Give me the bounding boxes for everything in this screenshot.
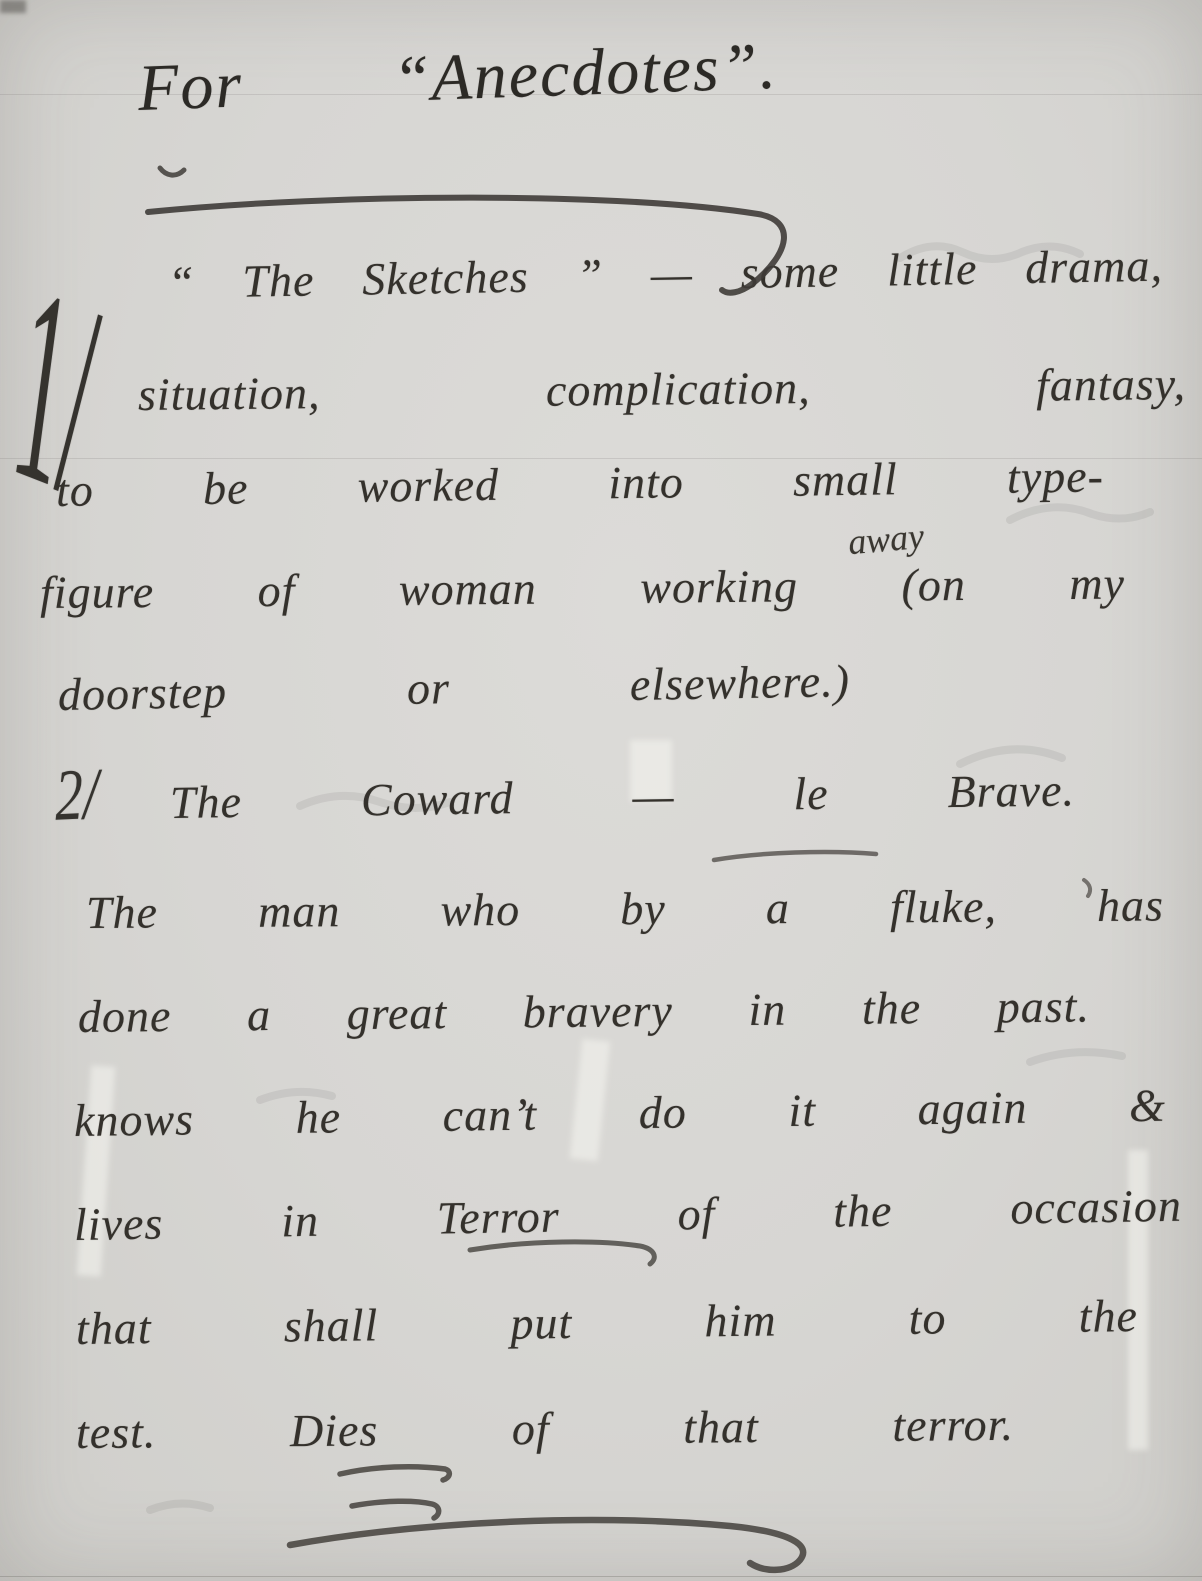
handwriting-line: doorstep or elsewhere.): [57, 650, 850, 726]
handwriting-line: lives in Terror of the occasion: [73, 1175, 1182, 1256]
handwriting-line: knows he can’t do it again &: [74, 1075, 1167, 1152]
le-brave-underline-stroke: [714, 852, 876, 860]
title-flourish-tick: [160, 168, 184, 175]
handwriting-line: The man who by a fluke, has: [86, 874, 1164, 944]
handwriting-line: that shall put him to the: [76, 1285, 1139, 1360]
handwriting-line: The Coward — le Brave.: [170, 759, 1076, 834]
ink-smudge: [0, 0, 26, 13]
item-2-marker: 2/: [54, 758, 99, 833]
page-title: For “Anecdotes”.: [136, 22, 779, 133]
dies-underline-stroke-2: [352, 1501, 439, 1518]
dies-underline-stroke-1: [340, 1467, 449, 1480]
handwriting-line: test. Dies of that terror.: [76, 1394, 1015, 1464]
handwriting-line: situation, complication, fantasy,: [138, 353, 1187, 426]
page-edge-line: [0, 1576, 1202, 1577]
handwriting-line: done a great bravery in the past.: [78, 975, 1091, 1048]
handwriting-line: to be worked into small type-: [56, 445, 1105, 522]
handwriting-line: “ The Sketches ” — some little drama,: [167, 235, 1163, 314]
handwriting-line: figure of woman working (on my: [40, 553, 1126, 625]
bottom-flourish-stroke: [290, 1520, 803, 1570]
manuscript-page: For “Anecdotes”. 1/ “ The Sketches ” — s…: [0, 0, 1202, 1581]
